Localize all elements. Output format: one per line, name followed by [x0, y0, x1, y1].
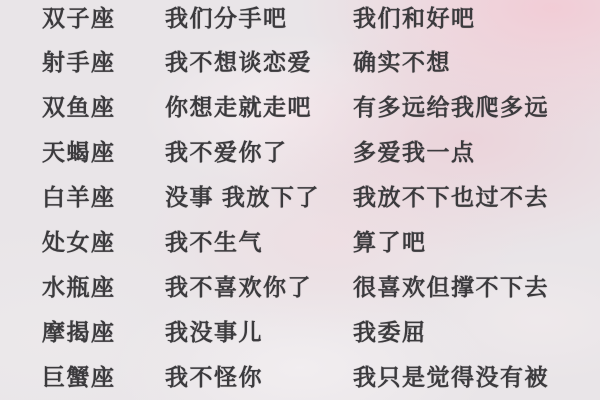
reply-cell: 很喜欢但撑不下去	[353, 269, 600, 302]
table-row: 处女座 我不生气 算了吧	[0, 227, 600, 253]
say-cell: 我不生气	[165, 224, 353, 257]
say-cell: 没事 我放下了	[165, 179, 353, 212]
reply-cell: 多爱我一点	[353, 134, 600, 167]
table-row: 白羊座 没事 我放下了 我放不下也过不去	[0, 183, 600, 209]
zodiac-sign-cell: 天蝎座	[42, 134, 165, 167]
say-cell: 我不怪你	[165, 359, 353, 392]
zodiac-sign-cell: 白羊座	[42, 179, 165, 212]
say-cell: 我不喜欢你了	[165, 269, 353, 302]
say-cell: 你想走就走吧	[165, 89, 353, 122]
reply-cell: 我委屈	[353, 314, 600, 347]
table-row: 巨蟹座 我不怪你 我只是觉得没有被	[0, 362, 600, 388]
zodiac-sign-cell: 摩揭座	[42, 314, 165, 347]
table-row: 双子座 我们分手吧 我们和好吧	[0, 3, 600, 29]
say-cell: 我没事儿	[165, 314, 353, 347]
reply-cell: 我们和好吧	[353, 0, 600, 33]
table-row: 射手座 我不想谈恋爱 确实不想	[0, 48, 600, 74]
table-row: 天蝎座 我不爱你了 多爱我一点	[0, 138, 600, 164]
zodiac-table: 双子座 我们分手吧 我们和好吧 射手座 我不想谈恋爱 确实不想 双鱼座 你想走就…	[0, 0, 600, 400]
reply-cell: 我放不下也过不去	[353, 179, 600, 212]
zodiac-meme-image: 双子座 我们分手吧 我们和好吧 射手座 我不想谈恋爱 确实不想 双鱼座 你想走就…	[0, 0, 600, 400]
zodiac-sign-cell: 水瓶座	[42, 269, 165, 302]
zodiac-sign-cell: 射手座	[42, 44, 165, 77]
table-row: 摩揭座 我没事儿 我委屈	[0, 317, 600, 343]
zodiac-sign-cell: 巨蟹座	[42, 359, 165, 392]
zodiac-sign-cell: 双鱼座	[42, 89, 165, 122]
reply-cell: 有多远给我爬多远	[353, 89, 600, 122]
zodiac-sign-cell: 处女座	[42, 224, 165, 257]
table-row: 双鱼座 你想走就走吧 有多远给我爬多远	[0, 93, 600, 119]
reply-cell: 我只是觉得没有被	[353, 359, 600, 392]
reply-cell: 算了吧	[353, 224, 600, 257]
say-cell: 我不爱你了	[165, 134, 353, 167]
say-cell: 我不想谈恋爱	[165, 44, 353, 77]
say-cell: 我们分手吧	[165, 0, 353, 33]
zodiac-sign-cell: 双子座	[42, 0, 165, 33]
reply-cell: 确实不想	[353, 44, 600, 77]
table-row: 水瓶座 我不喜欢你了 很喜欢但撑不下去	[0, 272, 600, 298]
